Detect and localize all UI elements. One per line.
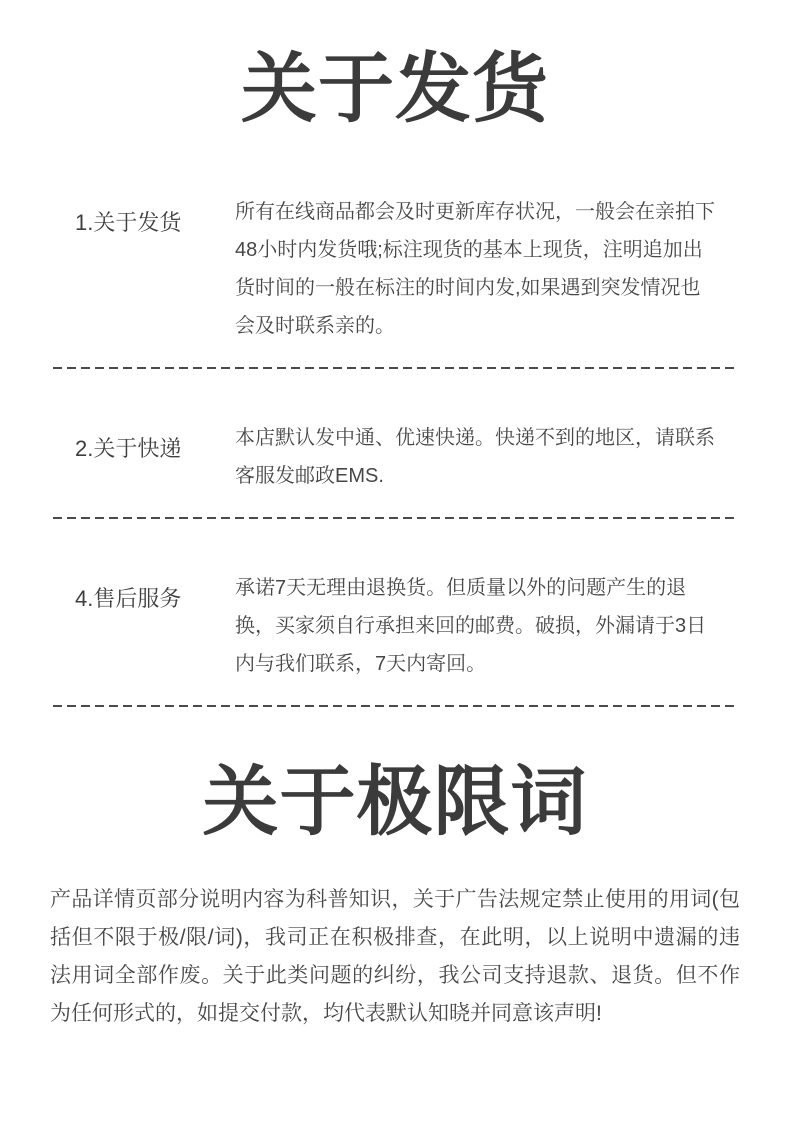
section-label-shipping: 1.关于发货	[75, 193, 235, 237]
section-text-courier: 本店默认发中通、优速快递。快递不到的地区，请联系客服发邮政EMS.	[235, 419, 717, 495]
section-text-shipping: 所有在线商品都会及时更新库存状况，一般会在亲拍下48小时内发货哦;标注现货的基本…	[235, 193, 717, 345]
shipping-section-row-3: 4.售后服务 承诺7天无理由退换货。但质量以外的问题产生的退换，买家须自行承担来…	[28, 569, 762, 683]
shipping-title: 关于发货	[0, 46, 790, 133]
shipping-section-row-2: 2.关于快递 本店默认发中通、优速快递。快递不到的地区，请联系客服发邮政EMS.	[28, 419, 762, 495]
section-text-aftersales: 承诺7天无理由退换货。但质量以外的问题产生的退换，买家须自行承担来回的邮费。破损…	[235, 569, 717, 683]
dashed-divider	[53, 367, 737, 369]
shipping-sections: 1.关于发货 所有在线商品都会及时更新库存状况，一般会在亲拍下48小时内发货哦;…	[0, 193, 790, 707]
product-detail-notice-page: 关于发货 1.关于发货 所有在线商品都会及时更新库存状况，一般会在亲拍下48小时…	[0, 0, 790, 1122]
limit-words-disclaimer-text: 产品详情页部分说明内容为科普知识，关于广告法规定禁止使用的用词(包括但不限于极/…	[50, 881, 740, 1033]
section-label-aftersales: 4.售后服务	[75, 569, 235, 613]
dashed-divider	[53, 517, 737, 519]
shipping-section-row-1: 1.关于发货 所有在线商品都会及时更新库存状况，一般会在亲拍下48小时内发货哦;…	[28, 193, 762, 345]
limit-words-title: 关于极限词	[0, 759, 790, 846]
dashed-divider	[53, 705, 737, 707]
section-label-courier: 2.关于快递	[75, 419, 235, 463]
